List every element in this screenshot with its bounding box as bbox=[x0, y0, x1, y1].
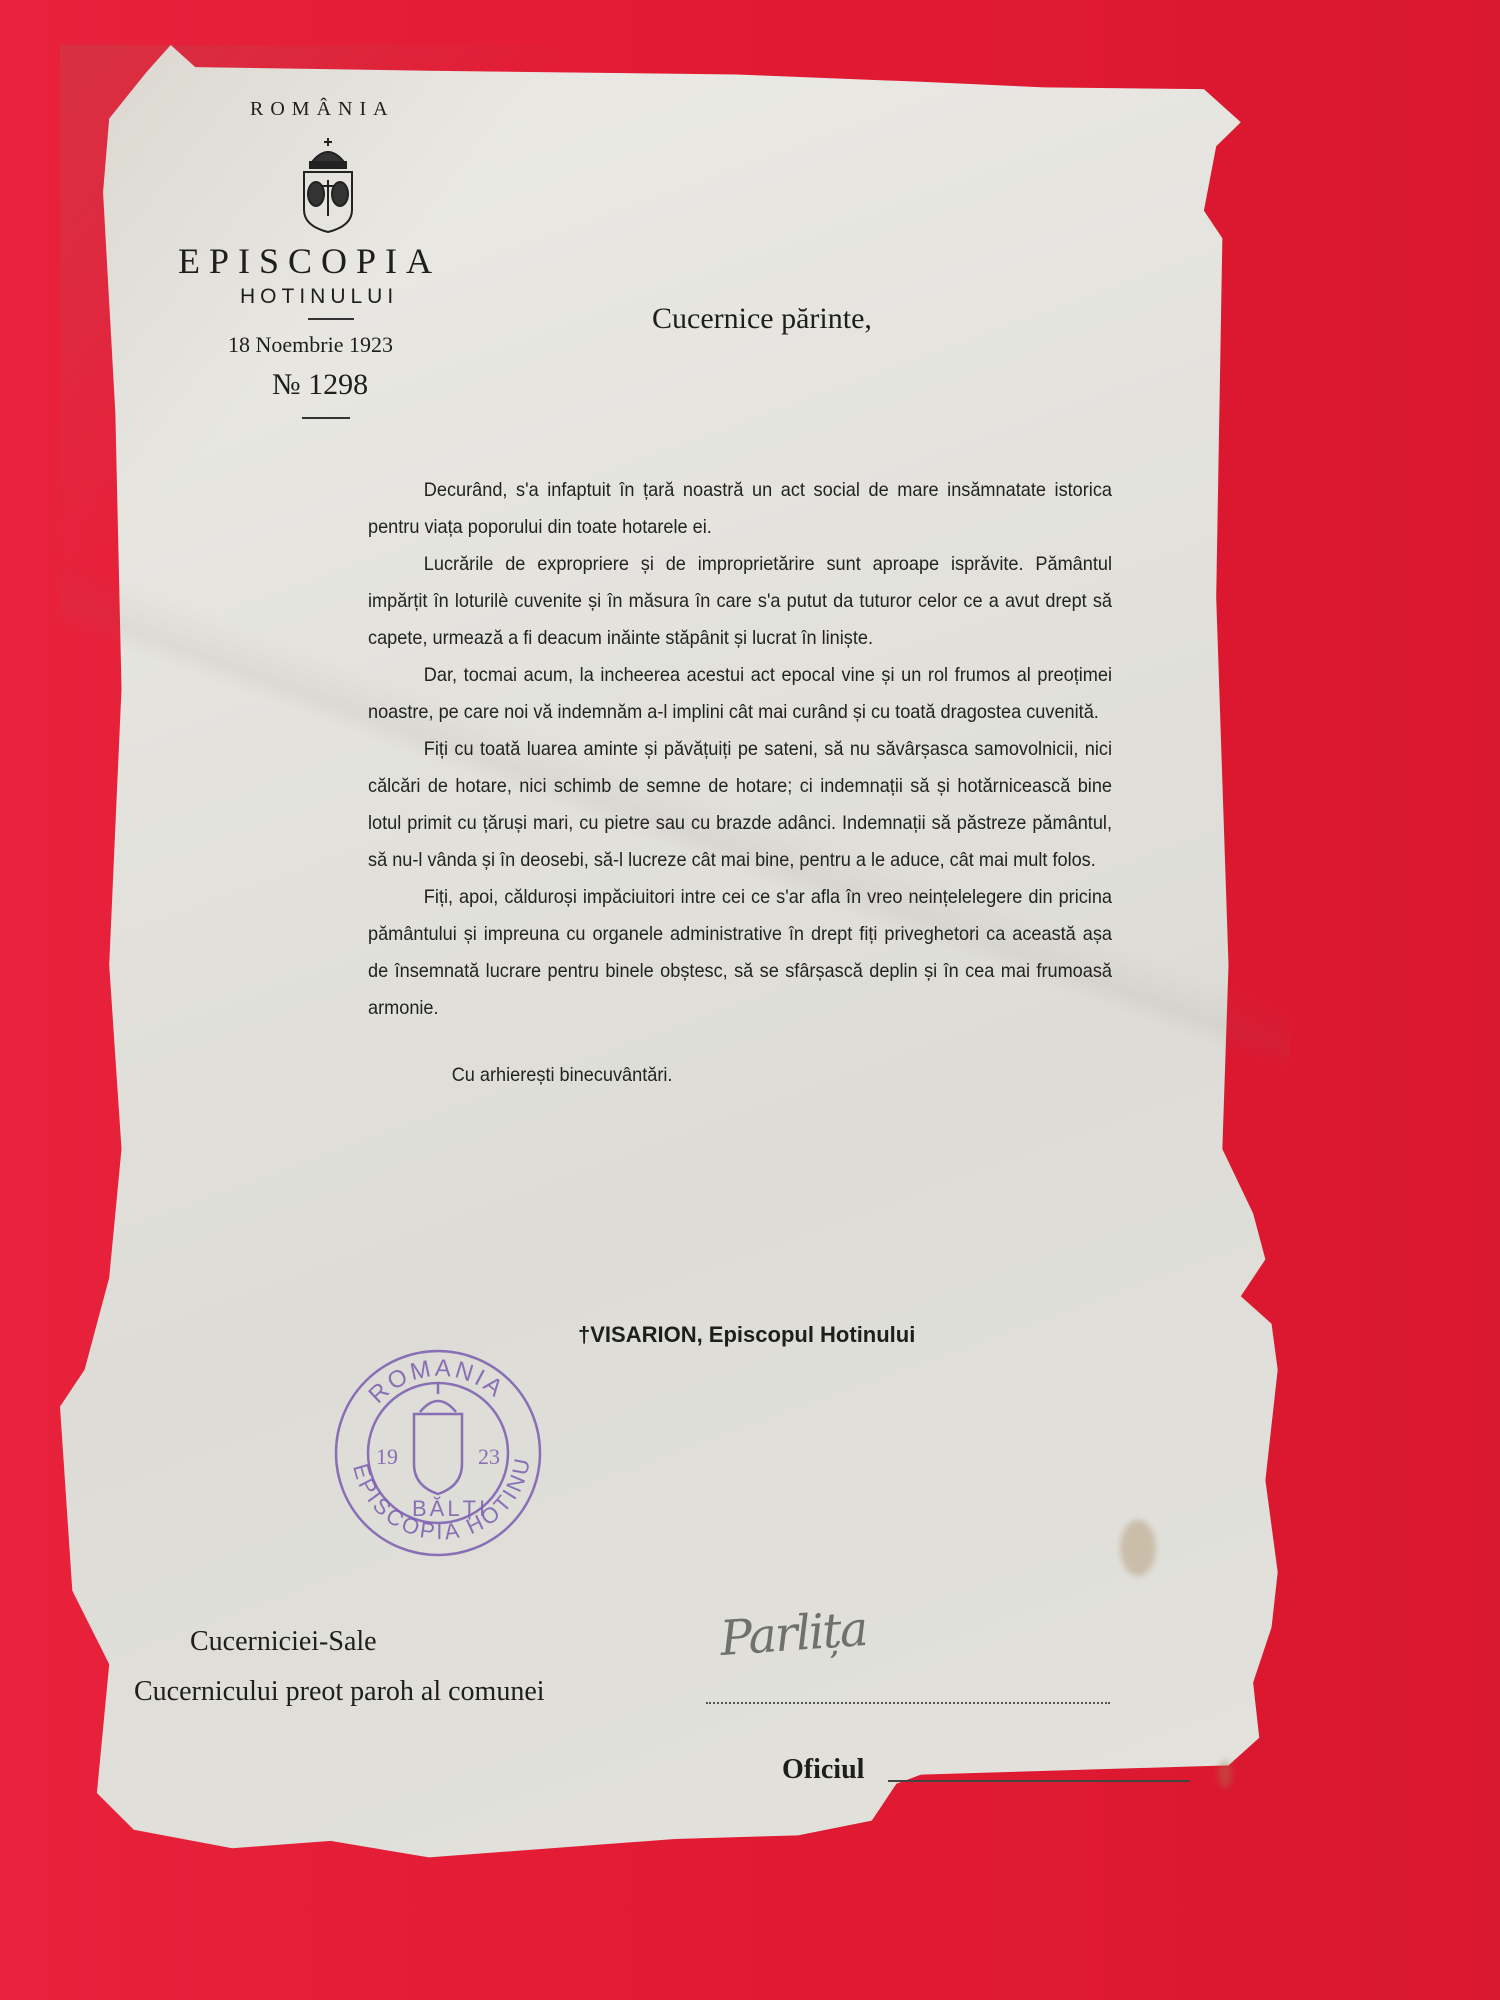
handwritten-parish-name: Parlița bbox=[718, 1601, 868, 1667]
office-fill-line bbox=[888, 1780, 1190, 1782]
letter-body: Decurând, s'a infaptuit în țară noastră … bbox=[368, 472, 1112, 1094]
letterhead-suborganization: HOTINULUI bbox=[240, 285, 398, 309]
stain bbox=[1218, 1760, 1232, 1788]
divider bbox=[308, 318, 354, 320]
paragraph: Fiți cu toată luarea aminte și păvățuiți… bbox=[368, 731, 1112, 879]
coat-of-arms-stamp-icon: ROMANIA EPISCOPIA HOTINULUI 19 23 BĂLȚI bbox=[330, 1344, 546, 1562]
letterhead-organization: EPISCOPIA bbox=[178, 240, 441, 282]
stamp-year-left: 19 bbox=[376, 1444, 398, 1469]
salutation: Cucernice părinte, bbox=[652, 302, 872, 336]
closing-line: Cu arhierești binecuvântări. bbox=[368, 1057, 1112, 1094]
addressee-line-1: Cucerniciei-Sale bbox=[190, 1626, 377, 1658]
divider bbox=[302, 417, 350, 419]
royal-coat-of-arms-icon bbox=[298, 136, 358, 236]
addressee-line-2: Cucernicului preot paroh al comunei bbox=[134, 1676, 545, 1708]
office-label: Oficiul bbox=[782, 1754, 864, 1786]
document-date: 18 Noembrie 1923 bbox=[228, 332, 393, 358]
stamp-year-right: 23 bbox=[478, 1444, 500, 1469]
paragraph: Fiți, apoi, călduroși impăciuitori intre… bbox=[368, 879, 1112, 1027]
stain bbox=[1120, 1520, 1156, 1576]
document-number: № 1298 bbox=[272, 368, 368, 402]
letterhead-country: ROMÂNIA bbox=[250, 98, 395, 121]
paragraph: Lucrările de expropriere și de improprie… bbox=[368, 546, 1112, 657]
stamp-city: BĂLȚI bbox=[412, 1496, 488, 1521]
paragraph: Dar, tocmai acum, la incheerea acestui a… bbox=[368, 657, 1112, 731]
parish-fill-line bbox=[706, 1702, 1110, 1704]
paragraph: Decurând, s'a infaptuit în țară noastră … bbox=[368, 472, 1112, 546]
signature: †VISARION, Episcopul Hotinului bbox=[578, 1322, 915, 1348]
